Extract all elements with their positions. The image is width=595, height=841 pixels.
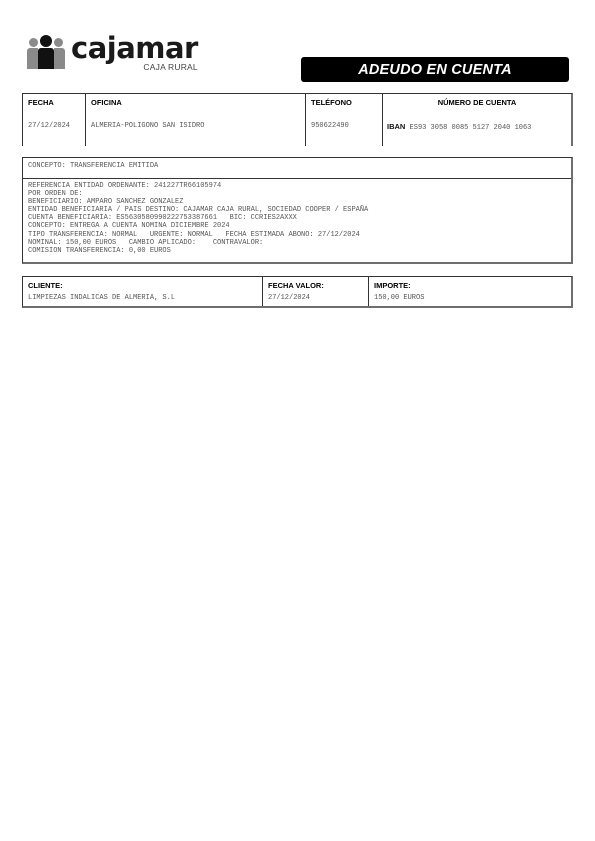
account-header-table: FECHA 27/12/2024 OFICINA ALMERIA-POLIGON… [22,93,573,146]
concepto-heading-text: CONCEPTO: TRANSFERENCIA EMITIDA [28,162,158,170]
importe-cell: IMPORTE: 150,00 EUROS [368,277,571,306]
cuenta-cell: NÚMERO DE CUENTA IBAN ES93 3058 0085 512… [382,94,571,146]
detail-line: NOMINAL: 150,00 EUROS CAMBIO APLICADO: C… [28,239,566,247]
fecha-value: 27/12/2024 [28,122,70,130]
document-title: ADEUDO EN CUENTA [301,57,569,82]
detail-line: CONCEPTO: ENTREGA A CUENTA NOMINA DICIEM… [28,222,566,230]
client-table: CLIENTE: LIMPIEZAS INDALICAS DE ALMERIA,… [22,276,573,308]
oficina-label: OFICINA [91,98,122,107]
cuenta-value-row: IBAN ES93 3058 0085 5127 2040 1063 [387,122,531,132]
cuenta-label: NÚMERO DE CUENTA [383,98,571,107]
fecha-label: FECHA [28,98,54,107]
telefono-value: 950622490 [311,122,349,130]
detail-line: POR ORDEN DE: [28,190,566,198]
detail-line: CUENTA BENEFICIARIA: ES56305809902227533… [28,214,566,222]
detail-line: REFERENCIA ENTIDAD ORDENANTE: 241227TR66… [28,182,566,190]
brand-logo: cajamar CAJA RURAL [27,35,198,73]
telefono-label: TELÉFONO [311,98,352,107]
iban-label: IBAN [387,122,405,131]
concepto-details: REFERENCIA ENTIDAD ORDENANTE: 241227TR66… [23,179,571,258]
detail-line: TIPO TRANSFERENCIA: NORMAL URGENTE: NORM… [28,231,566,239]
iban-value: ES93 3058 0085 5127 2040 1063 [410,124,532,132]
fecha-valor-value: 27/12/2024 [268,294,310,302]
cliente-label: CLIENTE: [28,281,63,290]
brand-subtitle: CAJA RURAL [143,62,197,72]
cliente-cell: CLIENTE: LIMPIEZAS INDALICAS DE ALMERIA,… [23,277,262,306]
people-group-icon [27,35,65,69]
importe-label: IMPORTE: [374,281,411,290]
brand-name: cajamar [71,35,198,61]
concepto-box: CONCEPTO: TRANSFERENCIA EMITIDA REFERENC… [22,157,573,264]
telefono-cell: TELÉFONO 950622490 [305,94,383,146]
concepto-heading: CONCEPTO: TRANSFERENCIA EMITIDA [23,158,571,179]
detail-line: ENTIDAD BENEFICIARIA / PAIS DESTINO: CAJ… [28,206,566,214]
oficina-cell: OFICINA ALMERIA-POLIGONO SAN ISIDRO [85,94,306,146]
fecha-valor-cell: FECHA VALOR: 27/12/2024 [262,277,369,306]
importe-value: 150,00 EUROS [374,294,424,302]
cliente-value: LIMPIEZAS INDALICAS DE ALMERIA, S.L [28,294,175,302]
detail-line: COMISION TRANSFERENCIA: 0,00 EUROS [28,247,566,255]
oficina-value: ALMERIA-POLIGONO SAN ISIDRO [91,122,204,130]
fecha-cell: FECHA 27/12/2024 [23,94,85,146]
fecha-valor-label: FECHA VALOR: [268,281,324,290]
